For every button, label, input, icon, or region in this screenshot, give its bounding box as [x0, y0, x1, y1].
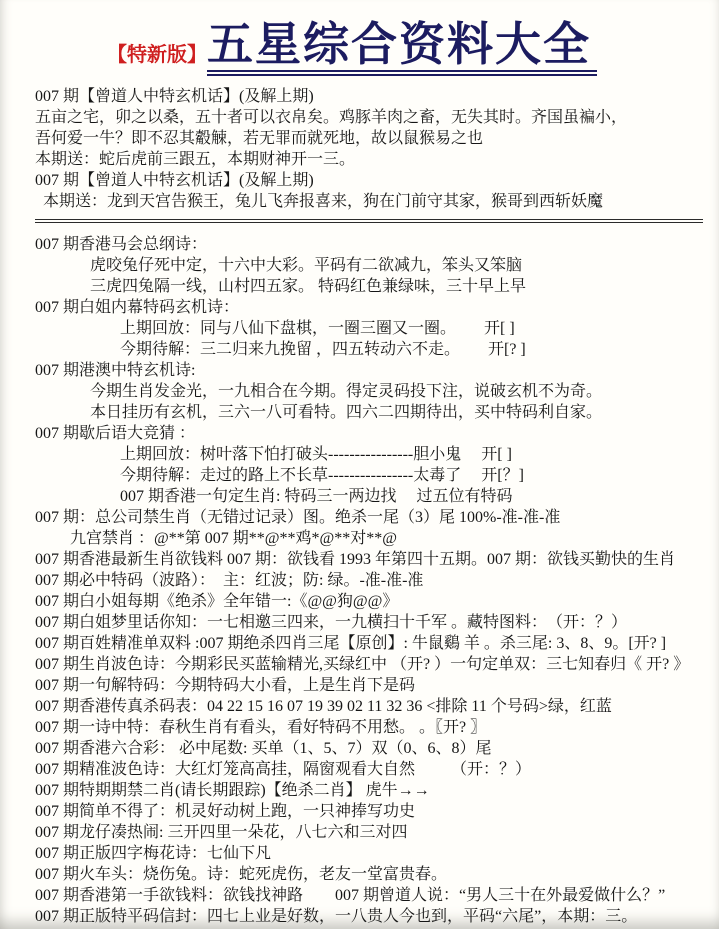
- text-line: 007 期香港六合彩： 必中尾数: 买单（1、5、7）双（0、6、8）尾: [35, 738, 705, 759]
- text-line: 007 期精准波色诗：大红灯笼高高挂，隔窗观看大自然 （开：？）: [35, 759, 705, 780]
- text-line: 007 期香港马会总纲诗：: [35, 234, 705, 255]
- text-line: 上期回放：树叶落下怕打破头----------------胆小鬼 开[ ]: [35, 444, 705, 465]
- text-line: 007 期正版四字梅花诗：七仙下凡: [35, 843, 705, 864]
- text-line: 007 期：总公司禁生肖（无错过记录）图。绝杀一尾（3）尾 100%-准-准-准: [35, 507, 705, 528]
- text-line: 007 期必中特码（波路）： 主：红波；防: 绿。-准-准-准: [35, 570, 705, 591]
- text-line: 007 期歇后语大竞猜 ：: [35, 423, 705, 444]
- text-line: 本期送：蛇后虎前三跟五，本期财神开一三。: [35, 149, 705, 170]
- text-line: 007 期龙仔凑热闹: 三开四里一朵花，八七六和三对四: [35, 822, 705, 843]
- text-line: 007 期【曾道人中特玄机话】(及解上期): [35, 86, 705, 107]
- text-line: 007 期香港一句定生肖: 特码三一两边找 过五位有特码: [35, 486, 705, 507]
- text-line: 虎咬兔仔死中定，十六中大彩。平码有二欲减九，笨头又笨脑: [35, 255, 705, 276]
- text-line: 007 期香港传真杀码表：04 22 15 16 07 19 39 02 11 …: [35, 696, 705, 717]
- text-line: 本期送：龙到天宫告猴王，兔儿飞奔报喜来，狗在门前守其家，猴哥到西斩妖魔: [35, 191, 705, 212]
- text-line: 007 期简单不得了：机灵好动树上跑，一只神捧写功史: [35, 801, 705, 822]
- text-line: 007 期火车头：烧伤兔。诗：蛇死虎伤，老友一堂富贵春。: [35, 864, 705, 885]
- text-line: 007 期白小姐每期《绝杀》全年错一:《@@狗@@》: [35, 591, 705, 612]
- text-line: 007 期香港第一手欲钱料：欲钱找神路 007 期曾道人说：“男人三十在外最爱做…: [35, 885, 705, 906]
- page-title: 五星综合资料大全: [207, 21, 597, 76]
- text-line: 九宫禁肖 ：@**第 007 期**@**鸡*@**对**@: [35, 528, 705, 549]
- text-line: 007 期白姐梦里话你知：一七相邀三四来，一九横扫十千军 。藏特图料： （开：？…: [35, 612, 705, 633]
- section-divider: [35, 219, 703, 223]
- edition-tag: 【特新版】: [107, 38, 207, 76]
- text-line: 007 期香港最新生肖欲钱料 007 期：欲钱看 1993 年第四十五期。007…: [35, 549, 705, 570]
- text-line: 007 期百姓精准单双料 :007 期绝杀四肖三尾【原创】: 牛鼠鷄 羊 。杀三…: [35, 633, 705, 654]
- content-lines: 007 期【曾道人中特玄机话】(及解上期)五亩之宅，卯之以桑，五十者可以衣帛矣。…: [35, 86, 705, 927]
- text-line: 本日挂历有玄机，三六一八可看特。四六二四期待出，买中特码利自家。: [35, 402, 705, 423]
- text-line: 今期待解：三二归来九挽留 ，四五转动六不走。 开[? ]: [35, 339, 705, 360]
- page-header: 【特新版】 五星综合资料大全: [107, 10, 705, 76]
- text-line: 五亩之宅，卯之以桑，五十者可以衣帛矣。鸡豚羊肉之畜，无失其时。齐国虽褊小，: [35, 107, 705, 128]
- text-line: 上期回放：同与八仙下盘棋，一圈三圈又一圈。 开[ ]: [35, 318, 705, 339]
- text-line: 007 期特期期禁二肖(请长期跟踪)【绝杀二肖】 虎牛→→: [35, 780, 705, 801]
- lottery-info-sheet: 【特新版】 五星综合资料大全 007 期【曾道人中特玄机话】(及解上期)五亩之宅…: [35, 10, 705, 927]
- text-line: 007 期港澳中特玄机诗:: [35, 360, 705, 381]
- text-line: 今期待解：走过的路上不长草----------------太毒了 开[？]: [35, 465, 705, 486]
- text-line: 今期生肖发金光，一九相合在今期。得定灵码投下注，说破玄机不为奇。: [35, 381, 705, 402]
- text-line: 吾何爱一牛？即不忍其觳觫，若无罪而就死地，故以鼠猴易之也: [35, 128, 705, 149]
- text-line: 007 期【曾道人中特玄机话】(及解上期): [35, 170, 705, 191]
- text-line: 007 期一诗中特：春秋生肖有看头，看好特码不用愁。 。〖开? 〗: [35, 717, 705, 738]
- text-line: 007 期一句解特码：今期特码大小看，上是生肖下是码: [35, 675, 705, 696]
- text-line: 007 期生肖波色诗：今期彩民买蓝输精光,买绿红中 （开? ）一句定单双：三七知…: [35, 654, 705, 675]
- text-line: 007 期白姐内幕特码玄机诗：: [35, 297, 705, 318]
- text-line: 007 期正版特平码信封：四七上业是好数，一八贵人今也到，平码“六尾”，本期：三…: [35, 906, 705, 927]
- text-line: 三虎四兔隔一线，山村四五家。 特码红色兼绿味，三十早上早: [35, 276, 705, 297]
